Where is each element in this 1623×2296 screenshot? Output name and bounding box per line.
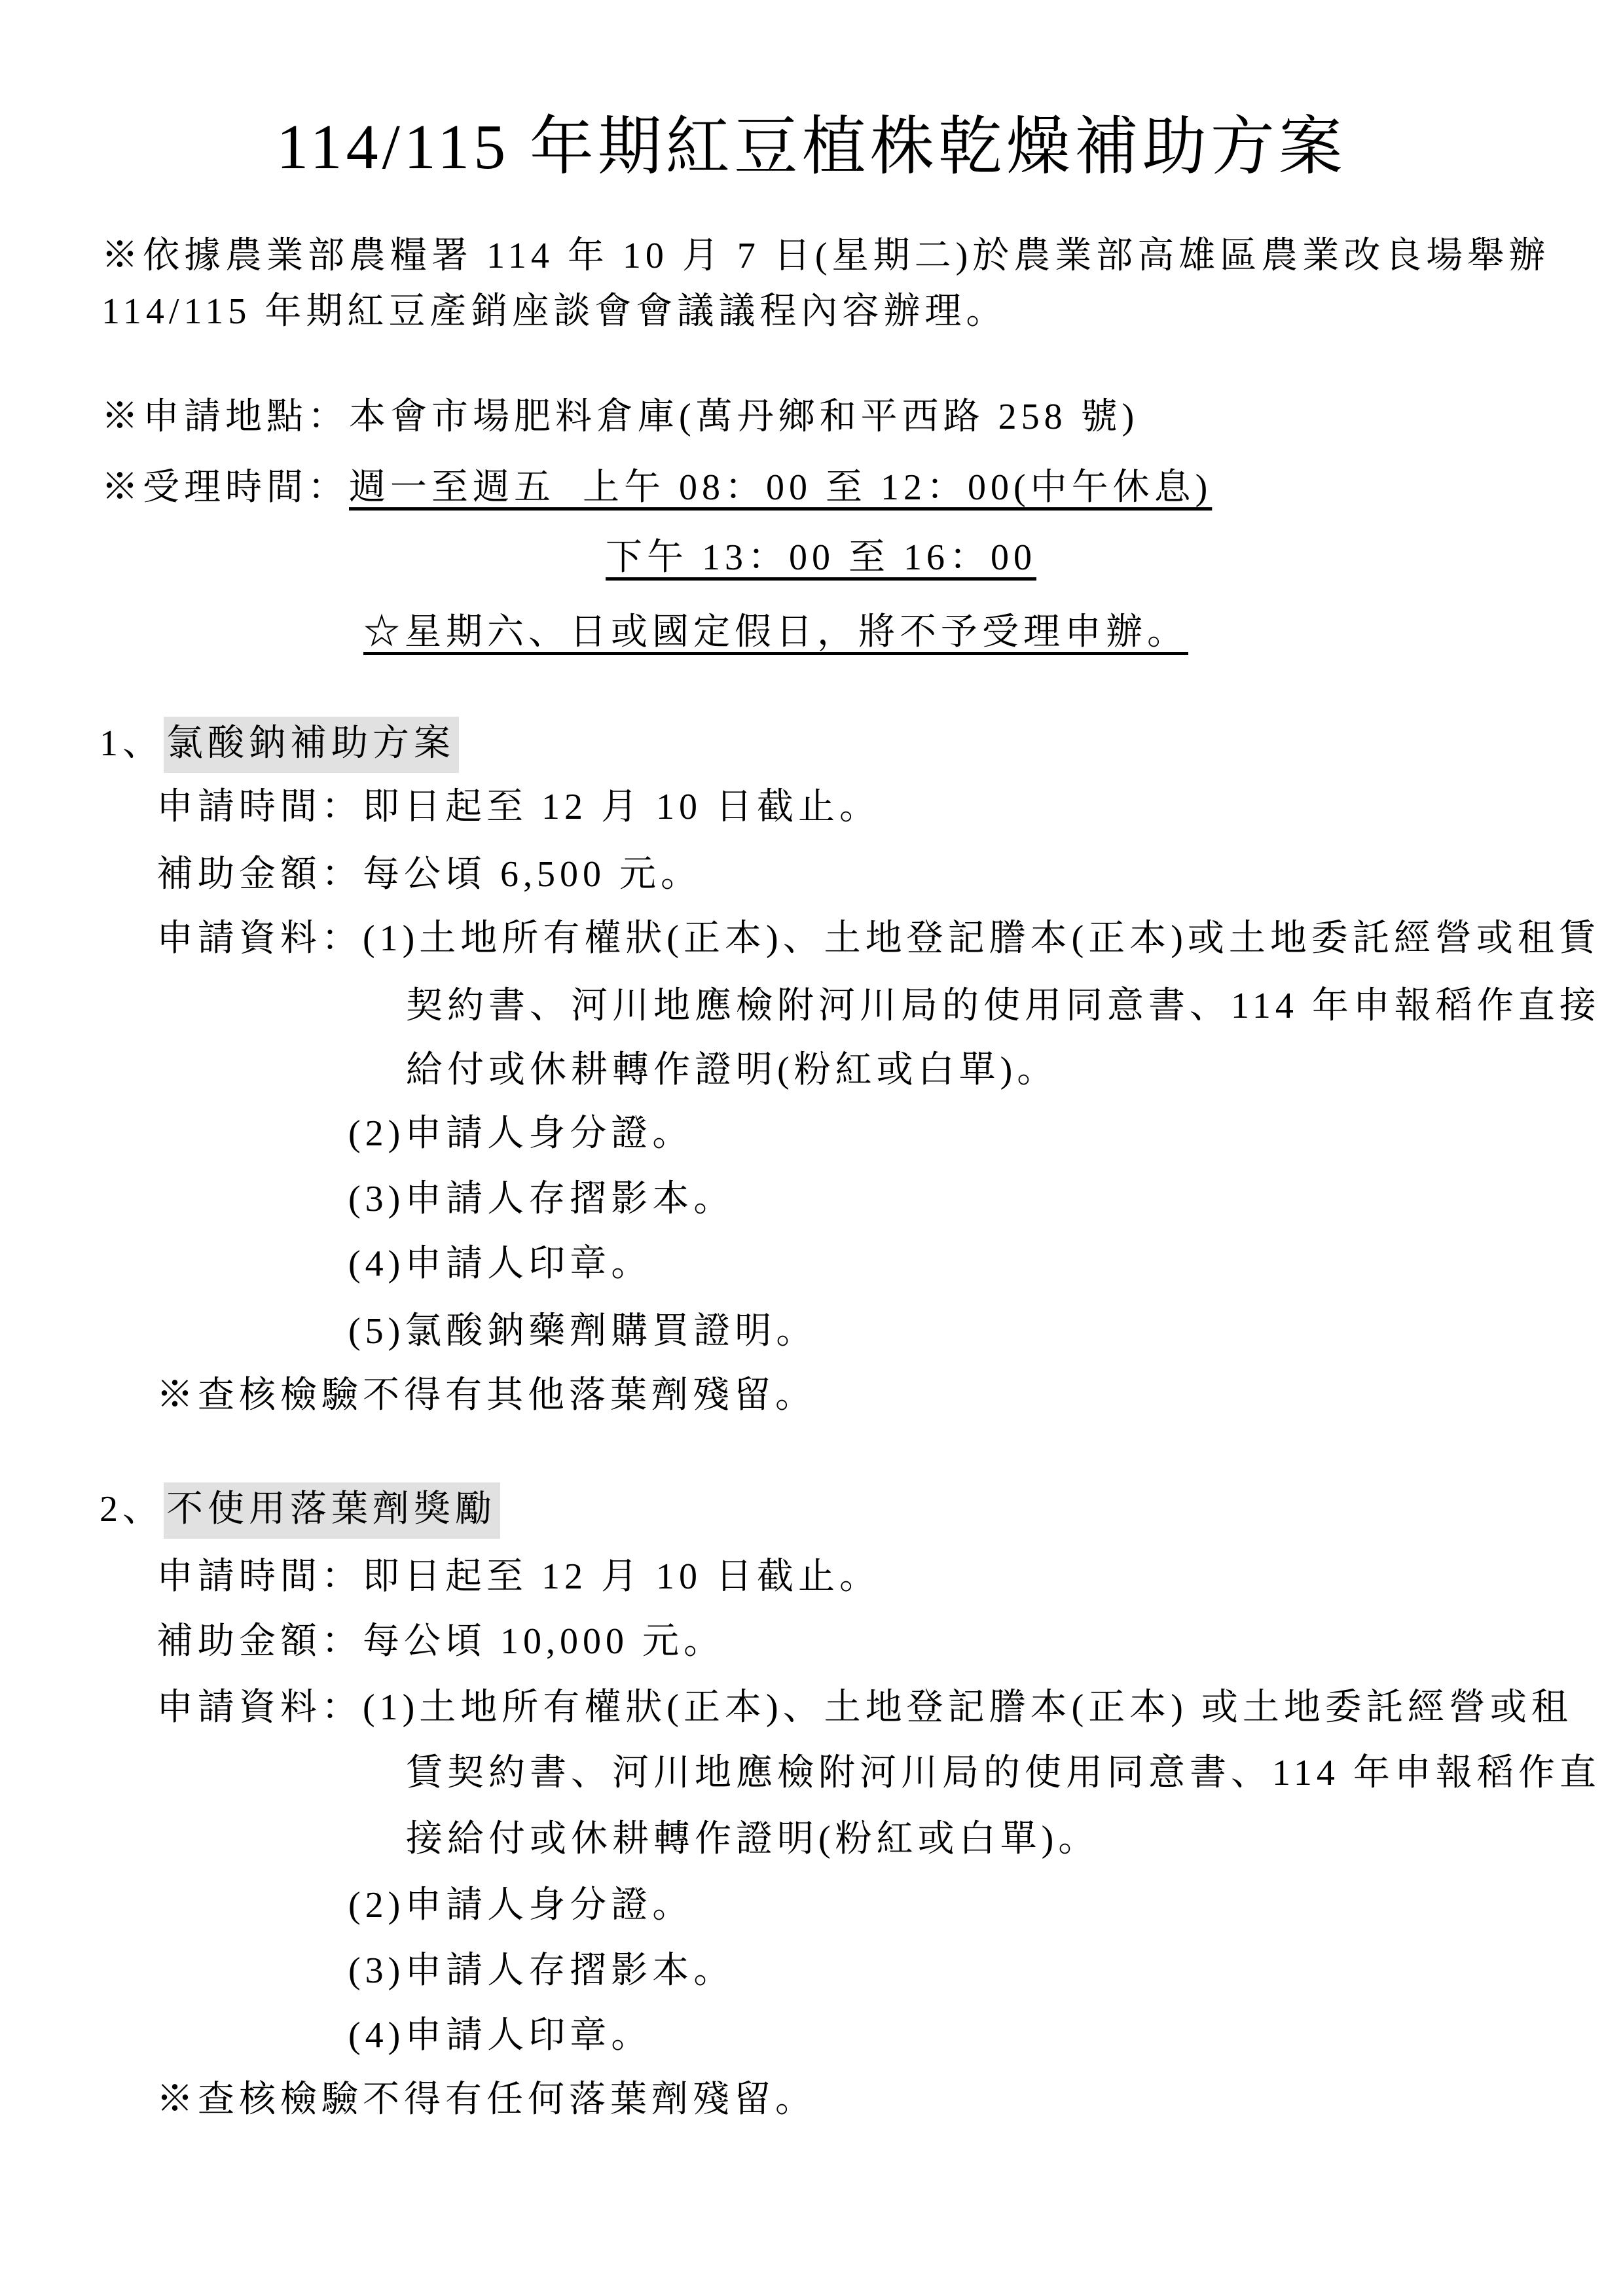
section-2-document-3: (3)申請人存摺影本。 — [348, 1948, 735, 1994]
section-1-heading: 氯酸鈉補助方案 — [164, 717, 459, 773]
section-1-period: 申請時間：即日起至 12 月 10 日截止。 — [156, 784, 881, 830]
location-value: 本會市場肥料倉庫(萬丹鄉和平西路 258 號) — [349, 397, 1139, 437]
section-1-amount: 補助金額：每公頃 6,500 元。 — [156, 852, 702, 897]
hours-afternoon-row: 下午 13：00 至 16：00 — [606, 535, 1036, 581]
location-label: ※申請地點： — [101, 397, 349, 437]
section-1-documents-label: 申請資料： — [156, 918, 363, 959]
location-row: ※申請地點：本會市場肥料倉庫(萬丹鄉和平西路 258 號) — [101, 394, 1139, 440]
section-1-document-4: (4)申請人印章。 — [348, 1241, 652, 1287]
section-1-document-3: (3)申請人存摺影本。 — [348, 1176, 735, 1222]
hours-row: ※受理時間：週一至週五 上午 08：00 至 12：00(中午休息) — [101, 465, 1212, 511]
section-2-documents-label: 申請資料： — [156, 1687, 363, 1728]
hours-afternoon: 下午 13：00 至 16：00 — [606, 537, 1036, 578]
section-2-note: ※查核檢驗不得有任何落葉劑殘留。 — [156, 2077, 816, 2123]
section-1-note: ※查核檢驗不得有其他落葉劑殘留。 — [156, 1372, 816, 1418]
document-page: 114/115 年期紅豆植株乾燥補助方案 ※依據農業部農糧署 114 年 10 … — [0, 0, 1623, 2296]
section-2-document-2: (2)申請人身分證。 — [348, 1882, 693, 1928]
section-1-document-1-line-1: (1)土地所有權狀(正本)、土地登記謄本(正本)或土地委託經營或租賃 — [363, 918, 1600, 959]
section-1-document-5: (5)氯酸鈉藥劑購買證明。 — [348, 1308, 817, 1354]
section-2-amount: 補助金額：每公頃 10,000 元。 — [156, 1619, 725, 1664]
section-2-heading: 不使用落葉劑獎勵 — [164, 1482, 500, 1539]
hours-label: ※受理時間： — [101, 467, 349, 508]
holiday-notice-row: ☆星期六、日或國定假日，將不予受理申辦。 — [363, 609, 1188, 655]
section-1-document-2: (2)申請人身分證。 — [348, 1111, 693, 1157]
hours-morning: 週一至週五 上午 08：00 至 12：00(中午休息) — [349, 467, 1212, 508]
document-title: 114/115 年期紅豆植株乾燥補助方案 — [0, 111, 1623, 183]
section-1-documents-row: 申請資料：(1)土地所有權狀(正本)、土地登記謄本(正本)或土地委託經營或租賃 — [156, 916, 1600, 961]
section-1-document-1-line-3: 給付或休耕轉作證明(粉紅或白單)。 — [406, 1047, 1058, 1093]
section-2-document-1-line-3: 接給付或休耕轉作證明(粉紅或白單)。 — [406, 1816, 1099, 1862]
intro-line-1: ※依據農業部農糧署 114 年 10 月 7 日(星期二)於農業部高雄區農業改良… — [101, 233, 1550, 279]
section-1-document-1-line-2: 契約書、河川地應檢附河川局的使用同意書、114 年申報稻作直接 — [406, 983, 1601, 1029]
holiday-notice: ☆星期六、日或國定假日，將不予受理申辦。 — [363, 612, 1188, 653]
section-2-documents-row: 申請資料：(1)土地所有權狀(正本)、土地登記謄本(正本) 或土地委託經營或租 — [156, 1685, 1573, 1731]
section-2-document-1-line-2: 賃契約書、河川地應檢附河川局的使用同意書、114 年申報稻作直 — [406, 1750, 1601, 1796]
section-2-number: 2、 — [100, 1489, 164, 1530]
section-2-period: 申請時間：即日起至 12 月 10 日截止。 — [156, 1554, 881, 1600]
section-2-heading-row: 2、不使用落葉劑獎勵 — [100, 1486, 500, 1532]
section-1-number: 1、 — [100, 723, 164, 764]
section-2-document-1-line-1: (1)土地所有權狀(正本)、土地登記謄本(正本) 或土地委託經營或租 — [363, 1687, 1573, 1728]
section-1-heading-row: 1、氯酸鈉補助方案 — [100, 721, 459, 766]
intro-line-2: 114/115 年期紅豆產銷座談會會議議程內容辦理。 — [101, 289, 1007, 334]
section-2-document-4: (4)申請人印章。 — [348, 2013, 652, 2058]
